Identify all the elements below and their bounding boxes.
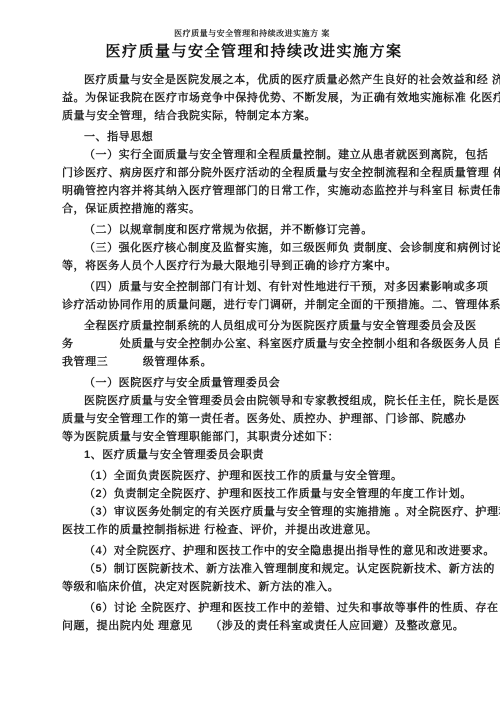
doc-line: 问题，提出院内处 理意见 （涉及的责任科室或责任人应回避）及整改意见。 bbox=[62, 617, 474, 635]
doc-line: 门诊医疗、病房医疗和部分院外医疗活动的全程质量与安全控制流程和全程质量管理 体系… bbox=[62, 164, 474, 182]
doc-line: 益。为保证我院在医疗市场竞争中保持优势、不断发展，为正确有效地实施标准 化医疗 bbox=[62, 89, 474, 107]
doc-line: 诊疗活动协同作用的质量问题，进行专门调研，并制定全面的干预措施。二、管理体系 bbox=[62, 296, 474, 314]
document-page: 医疗质量与安全管理和持续改进实施方 案 医疗质量与安全管理和持续改进实施方案 医… bbox=[0, 0, 500, 707]
doc-line: （三）强化医疗核心制度及监督实施，如三级医师负 责制度、会诊制度和病例讨论制度 bbox=[62, 239, 474, 257]
section-heading-committee-duties: 1、医疗质量与安全管理委员会职责 bbox=[62, 446, 474, 464]
doc-line: 质量与安全管理工作的第一责任者。医务处、质控办、护理部、门诊部、院感办 bbox=[62, 410, 474, 428]
doc-line: （5）制订医院新技术、新方法准入管理制度和规定。认定医院新技术、新方法的 bbox=[62, 560, 474, 578]
doc-header-reference: 医疗质量与安全管理和持续改进实施方 案 bbox=[46, 28, 458, 39]
doc-line: 医院医疗质量与安全管理委员会由院领导和专家教授组成，院长任主任，院长是医疗 bbox=[62, 392, 474, 410]
doc-line: （一）实行全面质量与安全管理和全程质量控制。建立从患者就医到离院，包括 bbox=[62, 146, 474, 164]
doc-line: 我管理三 级管理体系。 bbox=[62, 353, 474, 371]
doc-line: 明确管控内容并将其纳入医疗管理部门的日常工作，实施动态监控并与科室目 标责任制结 bbox=[62, 182, 474, 200]
doc-line: 全程医疗质量控制系统的人员组成可分为医院医疗质量与安全管理委员会及医 bbox=[62, 317, 474, 335]
doc-title: 医疗质量与安全管理和持续改进实施方案 bbox=[48, 42, 460, 62]
doc-line: 务 处质量与安全控制办公室、科室医疗质量与安全控制小组和各级医务人员 自 bbox=[62, 335, 474, 353]
doc-line: （1）全面负责医院医疗、护理和医技工作的质量与安全管理。 bbox=[62, 467, 474, 485]
doc-line: 医技工作的质量控制指标进 行检查、评价，并提出改进意见。 bbox=[62, 521, 474, 539]
doc-line: （4）对全院医疗、护理和医技工作中的安全隐患提出指导性的意见和改进要求。 bbox=[62, 542, 474, 560]
doc-line: 等级和临床价值，决定对医院新技术、新方法的准入。 bbox=[62, 578, 474, 596]
doc-line: 质量与安全管理，结合我院实际，特制定本方案。 bbox=[62, 107, 474, 125]
doc-line: 医疗质量与安全是医院发展之本，优质的医疗质量必然产生良好的社会效益和经 济效 bbox=[62, 71, 474, 89]
section-heading-guiding-thought: 一、指导思想 bbox=[62, 128, 474, 146]
doc-line: （6）讨论 全院医疗、护理和医技工作中的差错、过失和事故等事件的性质、存在 bbox=[62, 599, 474, 617]
doc-line: 等为医院质量与安全管理职能部门，其职责分述如下： bbox=[62, 428, 474, 446]
doc-line: （3）审议医务处制定的有关医疗质量与安全管理的实施措施 。对全院医疗、护理和 bbox=[62, 503, 474, 521]
doc-line: （四）质量与安全控制部门有计划、有针对性地进行干预，对多因素影响或多项 bbox=[62, 278, 474, 296]
section-heading-management-committee: （一）医院医疗与安全质量管理委员会 bbox=[62, 374, 474, 392]
doc-line: （二）以规章制度和医疗常规为依据，并不断修订完善。 bbox=[62, 221, 474, 239]
doc-line: （2）负责制定全院医疗、护理和医技工作质量与安全管理的年度工作计划。 bbox=[62, 485, 474, 503]
doc-line: 合，保证质控措施的落实。 bbox=[62, 200, 474, 218]
doc-line: 等，将医务人员个人医疗行为最大限地引导到正确的诊疗方案中。 bbox=[62, 257, 474, 275]
